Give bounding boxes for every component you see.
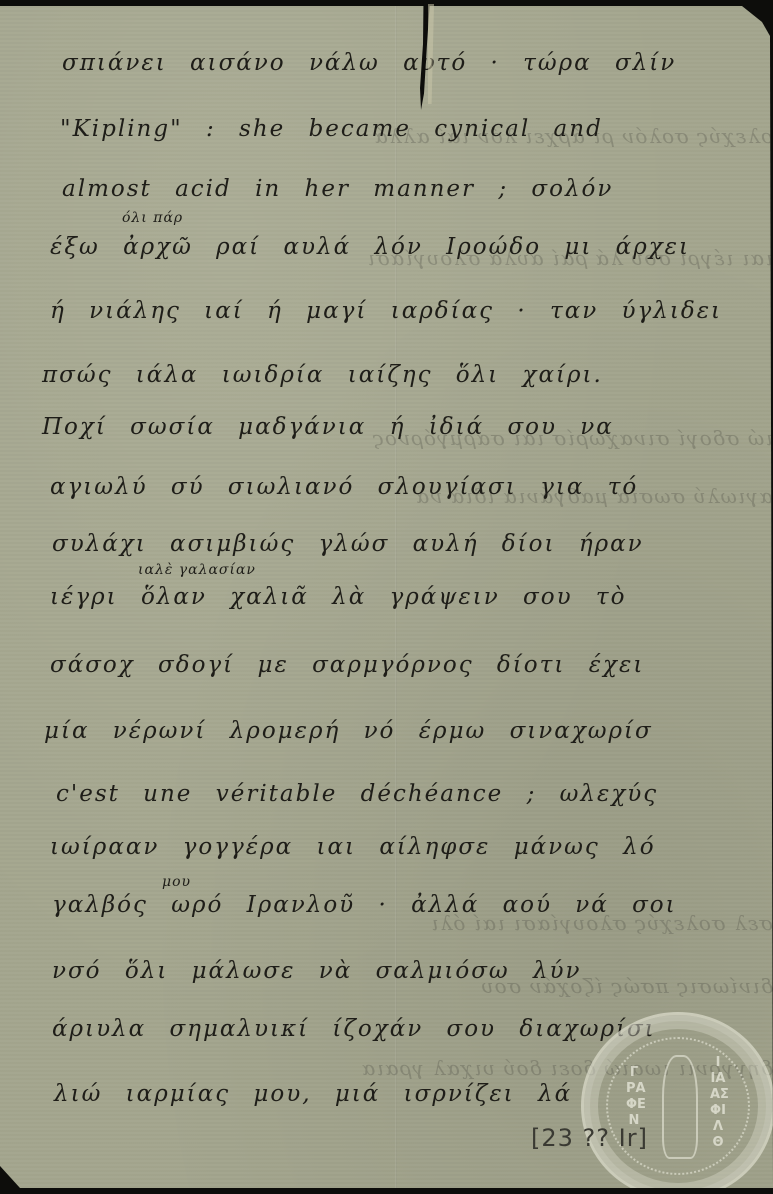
handwritten-line: συλάχι ασιμβιώς γλώσ αυλή δίοι ήραν: [52, 531, 644, 557]
stamp-figure-icon: [662, 1055, 698, 1159]
stamp-letter: Λ: [710, 1119, 726, 1135]
handwritten-line: νσό ὅλι μάλωσε νὰ σαλμιόσω λύν: [52, 958, 582, 984]
stamp-letter: Θ: [710, 1135, 726, 1151]
stamp-letter: Γ: [626, 1065, 642, 1081]
handwritten-line: σπιάνει αισάνο νάλω αυτό · τώρα σλίν: [62, 50, 676, 76]
stamp-letter: ΑΣ: [710, 1087, 726, 1103]
manuscript-page: ολεχύς σολόν ρι άρχει λόν ιαί αλλάιαι ιέ…: [0, 6, 773, 1188]
stamp-letters-left: ΓΡΑΦΕΝ: [626, 1065, 642, 1129]
handwritten-line: ιέγρι ὅλαν χαλιᾶ λὰ γράψειν σου τὸ: [50, 584, 626, 610]
handwritten-line: λιώ ιαρμίας μου, μιά ισρνίζει λά: [54, 1081, 572, 1107]
handwritten-line: γαλβός ωρό Ιρανλοῦ · ἀλλά αού νά σοι: [52, 892, 677, 918]
stamp-letters-right: ΙΙΑΑΣΦΙΛΘ: [710, 1055, 726, 1151]
handwritten-line: σάσοχ σδογί με σαρμγόρνος δίοτι έχει: [50, 652, 644, 678]
handwritten-line: έξω ἀρχῶ ραί αυλά λόν Ιροώδο μι άρχει: [50, 234, 690, 260]
stamp-letter: ΦΕ: [626, 1097, 642, 1113]
stamp-letter: ΦΙ: [710, 1103, 726, 1119]
archive-reference-number: [23 ?? Ir]: [531, 1124, 648, 1152]
interlinear-note: ιαλὲ γαλασίαν: [138, 562, 256, 578]
stamp-letter: ΙΑ: [710, 1071, 726, 1087]
handwritten-line: c'est une véritable déchéance ; ωλεχύς: [56, 781, 658, 807]
interlinear-note: όλι πάρ: [122, 210, 183, 226]
handwritten-line: αγιωλύ σύ σιωλιανό σλουγίασι για τό: [50, 474, 638, 500]
handwritten-line: άριυλα σημαλυικί ίζοχάν σου διαχωρίσι: [52, 1016, 656, 1042]
handwritten-line: πσώς ιάλα ιωιδρία ιαίζης ὅλι χαίρι.: [42, 362, 603, 388]
handwritten-line: "Kipling" : she became cynical and: [60, 116, 603, 142]
stamp-letter: ΡΑ: [626, 1081, 642, 1097]
archive-seal-stamp: ΓΡΑΦΕΝ ΙΙΑΑΣΦΙΛΘ: [581, 1012, 773, 1194]
handwritten-line: μία νέρωνί λρομερή νό έρμω σιναχωρίσ: [44, 718, 653, 744]
stamp-letter: Ι: [710, 1055, 726, 1071]
handwritten-line: Ποχί σωσία μαδγάνια ή ἰδιά σου να: [42, 414, 614, 440]
handwritten-line: ή νιάλης ιαί ή μαγί ιαρδίας · ταν ύγλιδε…: [50, 298, 722, 324]
interlinear-note: μου: [162, 874, 191, 890]
handwritten-line: ιωίρααν γογγέρα ιαι αίληφσε μάνως λό: [50, 834, 656, 860]
handwritten-line: almost acid in her manner ; σολόν: [62, 176, 613, 202]
